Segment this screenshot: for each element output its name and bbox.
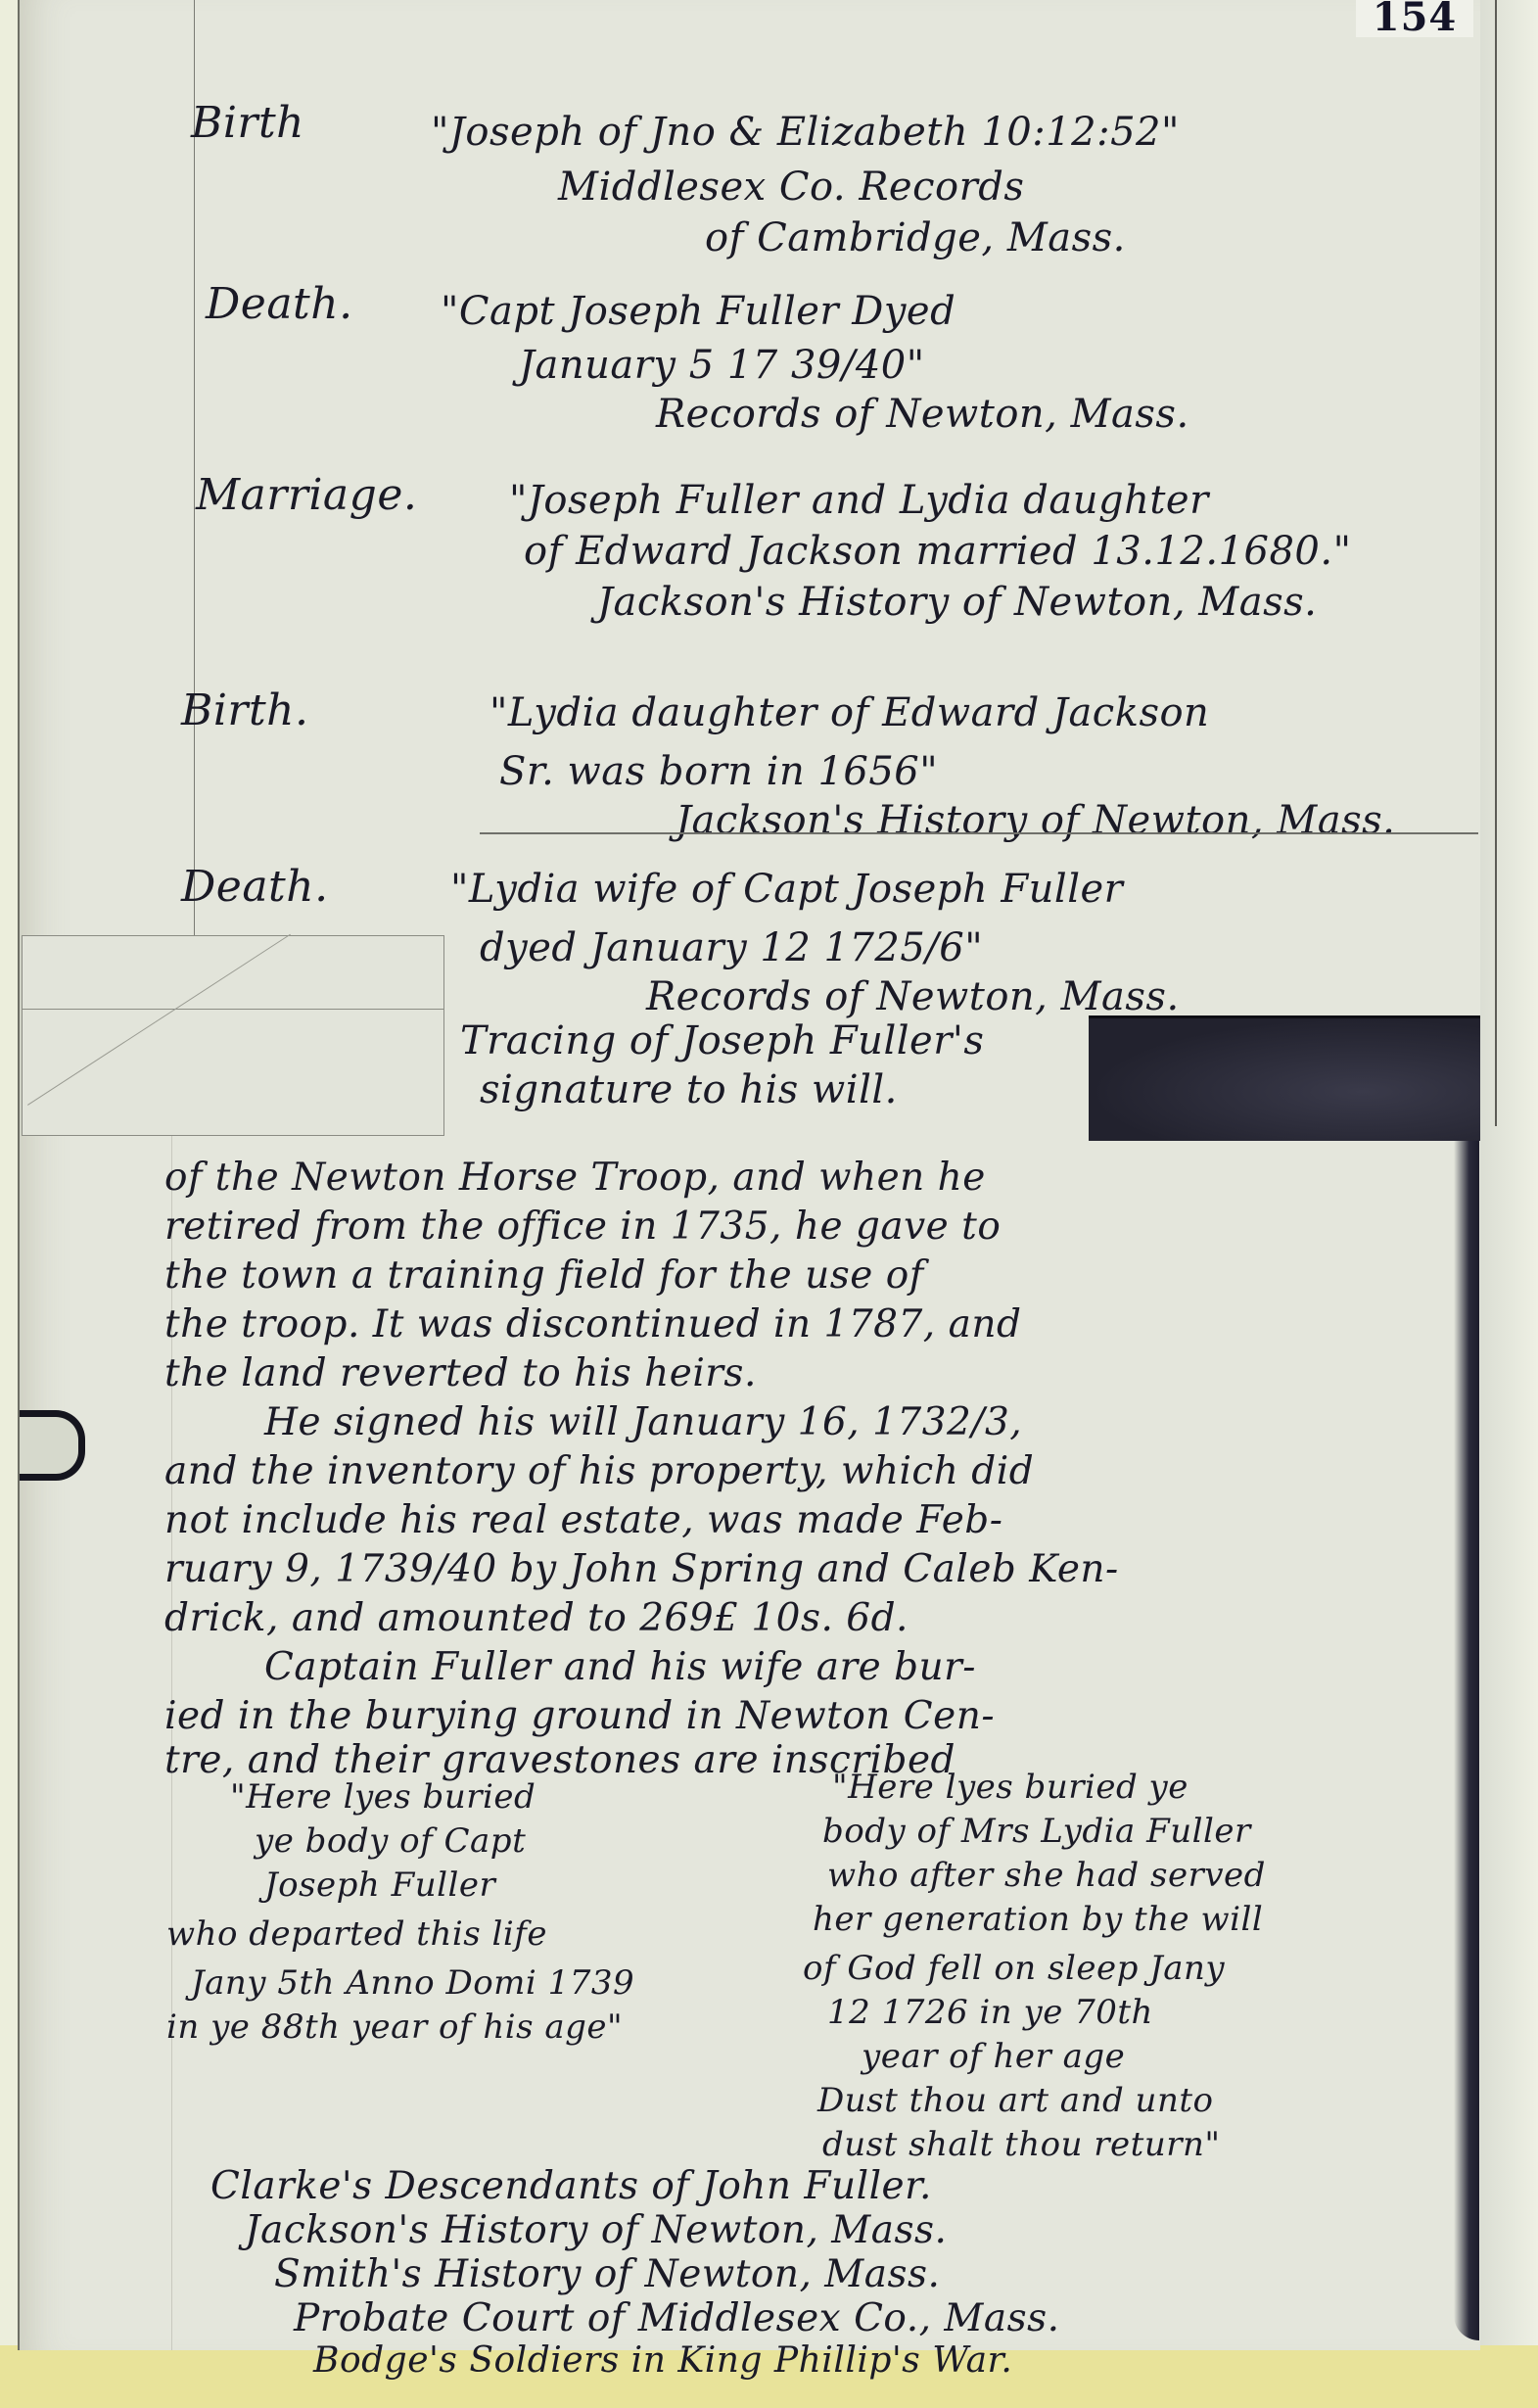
epitaph-joseph-line: "Here lyes buried (230, 1777, 536, 1817)
signature-caption-line: signature to his will. (480, 1067, 898, 1112)
entry-label-birth-joseph: Birth (191, 98, 304, 148)
epitaph-lydia-line: of God fell on sleep Jany (803, 1949, 1225, 1988)
epitaph-joseph-line: Jany 5th Anno Domi 1739 (191, 1963, 634, 2003)
narrative-line: the land reverted to his heirs. (164, 1351, 757, 1395)
entry-divider (480, 832, 1478, 834)
narrative-line: drick, and amounted to 269£ 10s. 6d. (164, 1596, 909, 1640)
source-citation: Probate Court of Middlesex Co., Mass. (294, 2296, 1060, 2340)
narrative-line: ied in the burying ground in Newton Cen- (164, 1694, 995, 1738)
narrative-line: the troop. It was discontinued in 1787, … (164, 1302, 1021, 1346)
entry-line: Sr. was born in 1656" (499, 749, 938, 794)
narrative-line: not include his real estate, was made Fe… (164, 1498, 1002, 1542)
signature-tracing-image (1089, 1015, 1480, 1141)
narrative-line: the town a training field for the use of (164, 1253, 924, 1298)
narrative-line: retired from the office in 1735, he gave… (164, 1204, 1001, 1249)
entry-line: "Joseph Fuller and Lydia daughter (509, 478, 1209, 523)
pasted-slip-lower (22, 1009, 444, 1136)
right-rule (1495, 0, 1497, 1126)
epitaph-lydia-line: year of her age (862, 2037, 1125, 2076)
entry-source: Records of Newton, Mass. (656, 392, 1189, 437)
epitaph-lydia-line: "Here lyes buried ye (832, 1768, 1188, 1807)
narrative-line: and the inventory of his property, which… (164, 1449, 1034, 1493)
entry-source: Jackson's History of Newton, Mass. (676, 798, 1395, 843)
entry-line: "Joseph of Jno & Elizabeth 10:12:52" (431, 110, 1180, 155)
entry-label-death-joseph: Death. (206, 279, 353, 329)
entry-source: of Cambridge, Mass. (705, 215, 1126, 260)
epitaph-joseph-line: who departed this life (166, 1914, 547, 1954)
source-citation: Jackson's History of Newton, Mass. (245, 2208, 947, 2252)
narrative-line: He signed his will January 16, 1732/3, (264, 1400, 1022, 1444)
entry-label-birth-lydia: Birth. (181, 685, 308, 735)
narrative-line: Captain Fuller and his wife are bur- (264, 1645, 976, 1689)
epitaph-joseph-line: in ye 88th year of his age" (166, 2007, 623, 2047)
epitaph-joseph-line: ye body of Capt (255, 1821, 526, 1861)
entry-label-death-lydia: Death. (181, 862, 329, 912)
entry-line: of Edward Jackson married 13.12.1680." (524, 529, 1351, 574)
signature-caption-line: Tracing of Joseph Fuller's (460, 1018, 984, 1063)
epitaph-lydia-line: who after she had served (827, 1856, 1266, 1895)
epitaph-lydia-line: her generation by the will (813, 1900, 1263, 1939)
source-citation: Smith's History of Newton, Mass. (274, 2252, 940, 2296)
entry-line: "Lydia daughter of Edward Jackson (489, 690, 1209, 735)
entry-source: Jackson's History of Newton, Mass. (597, 580, 1317, 625)
page-number: 154 (1356, 0, 1473, 37)
entry-label-marriage: Marriage. (196, 470, 417, 520)
entry-source: Records of Newton, Mass. (646, 974, 1180, 1019)
epitaph-lydia-line: dust shalt thou return" (822, 2125, 1221, 2164)
entry-line: "Lydia wife of Capt Joseph Fuller (450, 867, 1123, 912)
page-curl-shadow (1454, 1018, 1479, 2340)
narrative-line: of the Newton Horse Troop, and when he (164, 1156, 986, 1200)
epitaph-lydia-line: body of Mrs Lydia Fuller (822, 1812, 1251, 1851)
entry-line: Middlesex Co. Records (558, 165, 1024, 210)
source-citation: Clarke's Descendants of John Fuller. (210, 2164, 932, 2208)
page-edge-left (0, 0, 18, 2408)
epitaph-joseph-line: Joseph Fuller (264, 1865, 495, 1905)
epitaph-lydia-line: Dust thou art and unto (817, 2081, 1213, 2120)
entry-line: dyed January 12 1725/6" (480, 925, 983, 970)
entry-line: "Capt Joseph Fuller Dyed (441, 289, 955, 334)
narrative-line: ruary 9, 1739/40 by John Spring and Cale… (164, 1547, 1119, 1591)
binder-clip (20, 1410, 85, 1481)
pasted-slip-upper (22, 935, 444, 1011)
entry-line: January 5 17 39/40" (519, 343, 925, 388)
epitaph-lydia-line: 12 1726 in ye 70th (827, 1993, 1153, 2032)
source-citation: Bodge's Soldiers in King Phillip's War. (313, 2340, 1012, 2381)
